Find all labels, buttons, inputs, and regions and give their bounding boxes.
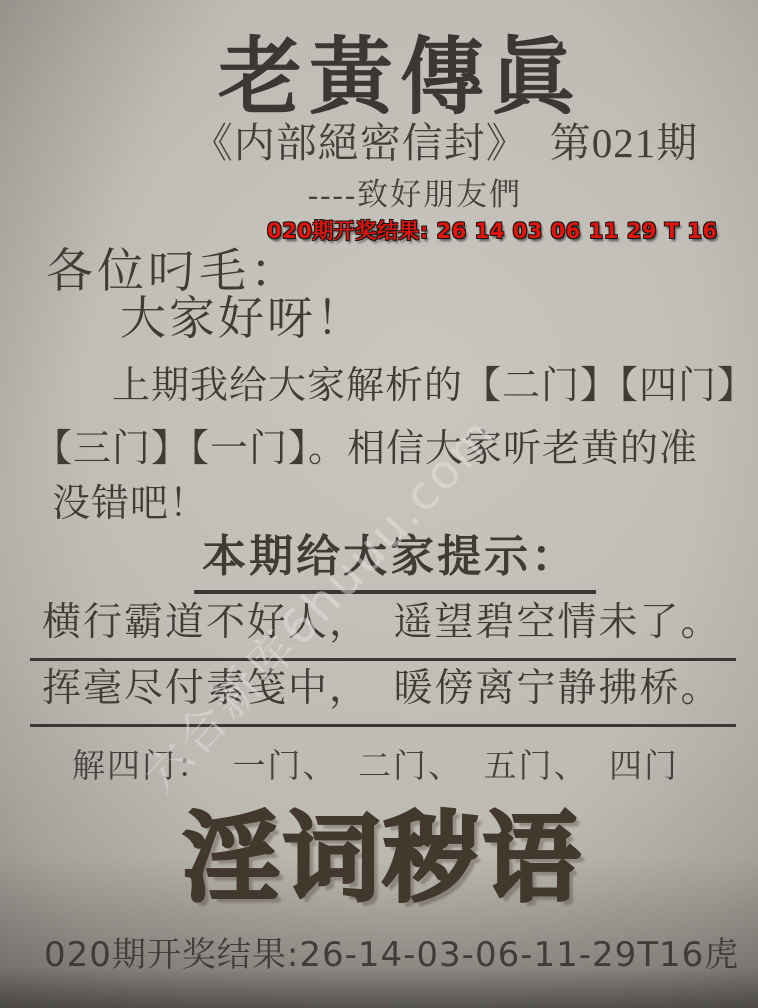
hint-poem-line-2: 挥毫尽付素笺中， 暖傍离宁静拂桥。 [30, 657, 736, 727]
hint-heading: 本期给大家提示： [194, 520, 596, 594]
hint-poem-line-1: 横行霸道不好人， 遥望碧空情未了。 [30, 591, 736, 661]
greeting: 大家好呀！ [120, 282, 365, 348]
issue-number: 第021期 [550, 120, 699, 166]
body-paragraph-line-3: 没错吧！ [52, 472, 208, 527]
footer-draw-result: 020期开奖结果:26-14-03-06-11-29T16虎 [44, 927, 739, 976]
envelope-label: 《内部絕密信封》 [192, 120, 528, 166]
fax-sheet: 老黃傳眞 《内部絕密信封》第021期 ----致好朋友們 020期开奖结果: 2… [0, 0, 758, 1008]
body-paragraph-line-2: 【三门】【一门】。相信大家听老黄的准 [34, 417, 698, 472]
subtitle-row: 《内部絕密信封》第021期 [66, 110, 758, 169]
big-slogan-text: 淫词秽语 [4, 780, 758, 920]
previous-draw-result-overlay: 020期开奖结果: 26 14 03 06 11 29 T 16 [267, 215, 718, 245]
dedication-line: ----致好朋友們 [36, 169, 758, 214]
body-paragraph-line-1: 上期我给大家解析的【二门】【四门】 [112, 354, 756, 409]
